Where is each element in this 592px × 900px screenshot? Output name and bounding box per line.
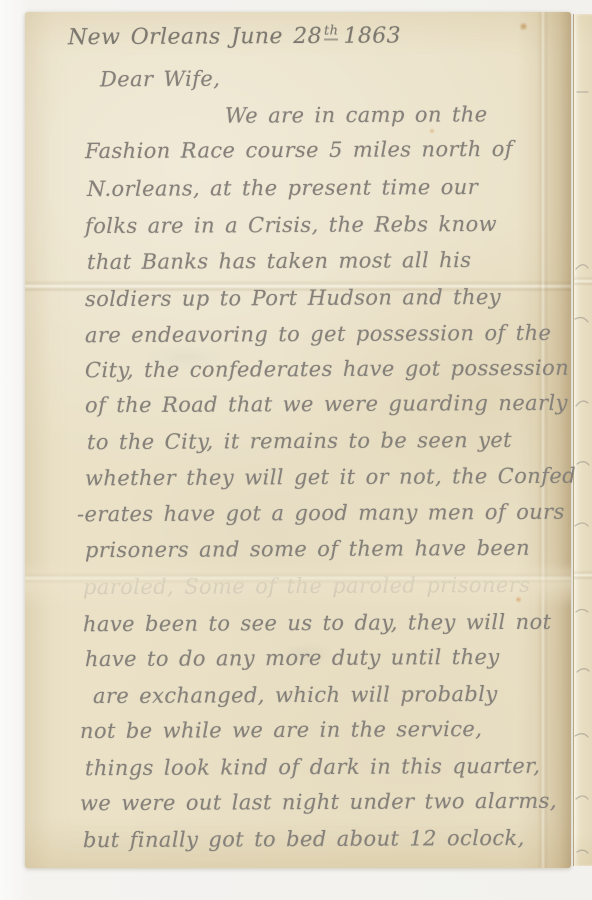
letter-line: that Banks has taken most all his xyxy=(87,250,471,273)
letter-line: -erates have got a good many men of ours xyxy=(77,502,565,526)
letter-line: of the Road that we were guarding nearly xyxy=(85,393,568,417)
adjacent-page-edge xyxy=(573,14,592,866)
letter-line: are endeavoring to get possession of the xyxy=(85,323,551,346)
letter-line: folks are in a Crisis, the Rebs know xyxy=(85,214,497,237)
salutation: Dear Wife, xyxy=(100,69,220,91)
letter-line: We are in camp on the xyxy=(225,104,488,126)
letter-line: have been to see us to day, they will no… xyxy=(83,612,552,635)
letter-line-faded: paroled, Some of the paroled prisoners xyxy=(83,575,530,598)
scanner-background: { "document": { "kind": "scanned handwri… xyxy=(0,0,592,900)
ordinal-superscript: th xyxy=(324,23,338,40)
letter-line: but finally got to bed about 12 oclock, xyxy=(83,828,525,851)
dateline-year: 1863 xyxy=(343,23,401,48)
letter-line: not be while we are in the service, xyxy=(80,719,482,742)
dateline-text: New Orleans June 28 xyxy=(68,24,322,50)
letter-line: are exchanged, which will probably xyxy=(93,684,498,707)
letter-line: prisoners and some of them have been xyxy=(85,538,530,561)
letter-line: Fashion Race course 5 miles north of xyxy=(85,139,513,162)
letter-line: City, the confederates have got possessi… xyxy=(85,358,569,382)
letter-line: N.orleans, at the present time our xyxy=(87,177,478,200)
handwritten-text: New Orleans June 28th1863 Dear Wife, We … xyxy=(25,12,571,868)
letter-line: things look kind of dark in this quarter… xyxy=(85,756,540,779)
letter-line: whether they will get it or not, the Con… xyxy=(85,466,576,490)
letter-page: New Orleans June 28th1863 Dear Wife, We … xyxy=(25,12,571,868)
letter-line: to the City, it remains to be seen yet xyxy=(87,430,512,453)
letter-line: soldiers up to Port Hudson and they xyxy=(85,287,501,310)
adjacent-page-ink-fragments xyxy=(574,14,592,866)
dateline: New Orleans June 28th1863 xyxy=(68,24,401,49)
letter-line: have to do any more duty until they xyxy=(85,647,500,670)
letter-line: we were out last night under two alarms, xyxy=(80,791,557,814)
